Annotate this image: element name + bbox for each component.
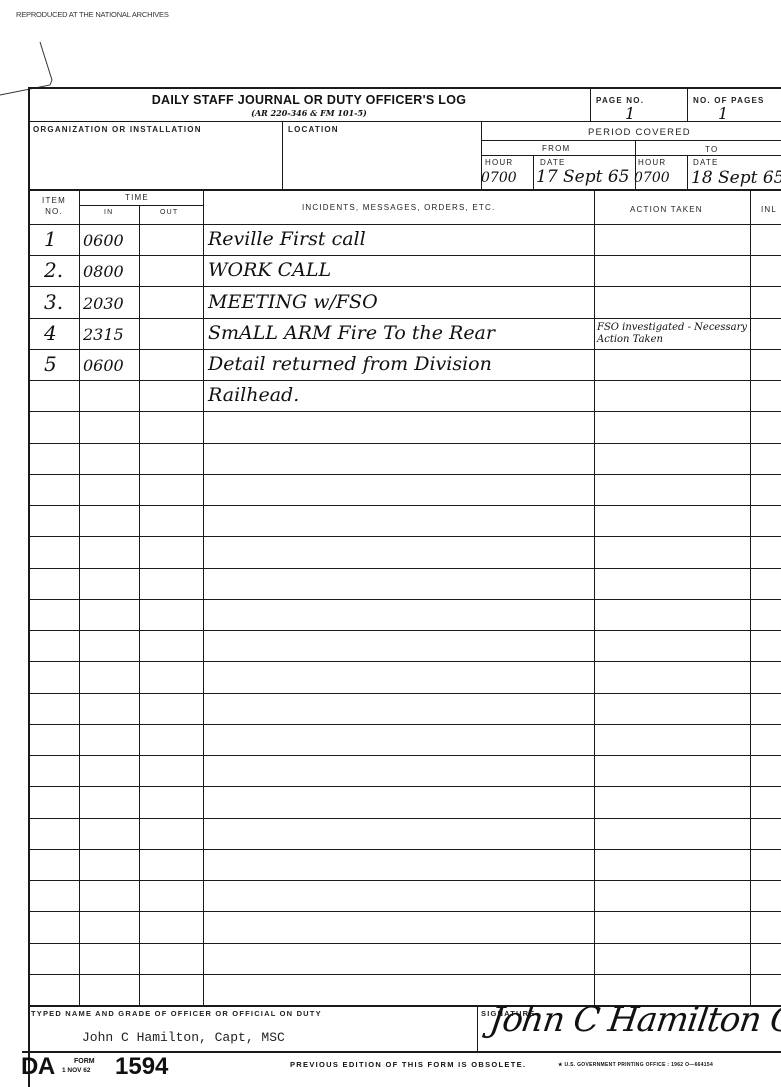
initials-header: INL — [761, 205, 777, 214]
table-row: 3.2030MEETING w/FSO — [28, 286, 781, 317]
no-of-pages-label: NO. OF PAGES — [693, 96, 765, 105]
gpo-imprint: ★ U.S. GOVERNMENT PRINTING OFFICE : 1962… — [558, 1062, 713, 1068]
table-row — [28, 630, 781, 661]
table-row — [28, 943, 781, 974]
page-no-label: PAGE NO. — [596, 96, 644, 105]
to-date-value[interactable]: 18 Sept 65 — [691, 168, 781, 188]
form-number: 1594 — [115, 1053, 168, 1081]
item-no-cell[interactable]: 2. — [44, 258, 63, 282]
incident-cell[interactable]: WORK CALL — [208, 259, 331, 281]
folded-corner-mark — [0, 40, 60, 100]
incident-cell[interactable]: SmALL ARM Fire To the Rear — [208, 322, 495, 344]
table-row — [28, 880, 781, 911]
item-no-cell[interactable]: 4 — [44, 321, 57, 345]
time-in-cell[interactable]: 0600 — [83, 356, 124, 375]
table-row: 42315SmALL ARM Fire To the RearFSO inves… — [28, 318, 781, 349]
form-word: FORM — [74, 1058, 95, 1066]
officer-label: TYPED NAME AND GRADE OF OFFICER OR OFFIC… — [31, 1009, 322, 1018]
archives-stamp: REPRODUCED AT THE NATIONAL ARCHIVES — [16, 10, 169, 19]
table-row — [28, 849, 781, 880]
previous-edition-note: PREVIOUS EDITION OF THIS FORM IS OBSOLET… — [290, 1060, 526, 1069]
table-row — [28, 818, 781, 849]
organization-label: ORGANIZATION OR INSTALLATION — [33, 125, 202, 134]
to-hour-value[interactable]: 0700 — [634, 170, 670, 186]
time-in-cell[interactable]: 2030 — [83, 294, 124, 313]
table-row: 10600Reville First call — [28, 224, 781, 255]
item-no-header: ITEM NO. — [40, 195, 68, 217]
table-row — [28, 536, 781, 567]
to-date-label: DATE — [693, 158, 719, 167]
incident-cell[interactable]: MEETING w/FSO — [208, 291, 378, 313]
incident-cell[interactable]: Reville First call — [208, 228, 366, 250]
table-row — [28, 755, 781, 786]
table-row — [28, 786, 781, 817]
table-row — [28, 661, 781, 692]
incident-cell[interactable]: Railhead. — [208, 384, 299, 406]
table-row — [28, 693, 781, 724]
table-row: 50600Detail returned from Division — [28, 349, 781, 380]
time-in-cell[interactable]: 2315 — [83, 325, 124, 344]
table-row — [28, 724, 781, 755]
form-regulation: (AR 220-346 & FM 101-5) — [28, 108, 590, 118]
table-row — [28, 474, 781, 505]
time-in-cell[interactable]: 0800 — [83, 262, 124, 281]
item-no-cell[interactable]: 3. — [44, 290, 63, 314]
from-date-value[interactable]: 17 Sept 65 — [536, 167, 630, 187]
action-taken-cell[interactable]: FSO investigated - Necessary Action Take… — [597, 322, 747, 346]
action-taken-header: ACTION TAKEN — [630, 205, 703, 214]
form-title: DAILY STAFF JOURNAL OR DUTY OFFICER'S LO… — [28, 93, 590, 107]
table-row — [28, 568, 781, 599]
to-label: TO — [705, 145, 718, 154]
from-label: FROM — [542, 144, 570, 153]
location-label: LOCATION — [288, 125, 339, 134]
time-in-cell[interactable]: 0600 — [83, 231, 124, 250]
item-no-cell[interactable]: 5 — [44, 352, 57, 376]
period-covered-label: PERIOD COVERED — [588, 127, 691, 138]
table-row — [28, 505, 781, 536]
time-out-header: OUT — [160, 209, 178, 216]
time-header: TIME — [125, 193, 149, 202]
table-row: Railhead. — [28, 380, 781, 411]
form-prefix: DA — [21, 1053, 55, 1081]
table-row — [28, 599, 781, 630]
item-no-cell[interactable]: 1 — [44, 227, 57, 251]
location-field[interactable] — [284, 135, 479, 187]
signature-field[interactable]: John C Hamilton Capt - — [487, 1000, 781, 1040]
table-row — [28, 911, 781, 942]
table-row — [28, 443, 781, 474]
from-hour-label: HOUR — [485, 158, 513, 167]
form-date: 1 NOV 62 — [62, 1067, 91, 1075]
incidents-header: INCIDENTS, MESSAGES, ORDERS, ETC. — [302, 203, 495, 212]
from-date-label: DATE — [540, 158, 566, 167]
time-in-header: IN — [104, 209, 113, 216]
officer-name-field[interactable]: John C Hamilton, Capt, MSC — [82, 1030, 285, 1045]
to-hour-label: HOUR — [638, 158, 666, 167]
organization-field[interactable] — [30, 135, 280, 187]
table-row — [28, 411, 781, 442]
incident-cell[interactable]: Detail returned from Division — [208, 353, 492, 375]
from-hour-value[interactable]: 0700 — [481, 170, 517, 186]
table-row: 2.0800WORK CALL — [28, 255, 781, 286]
